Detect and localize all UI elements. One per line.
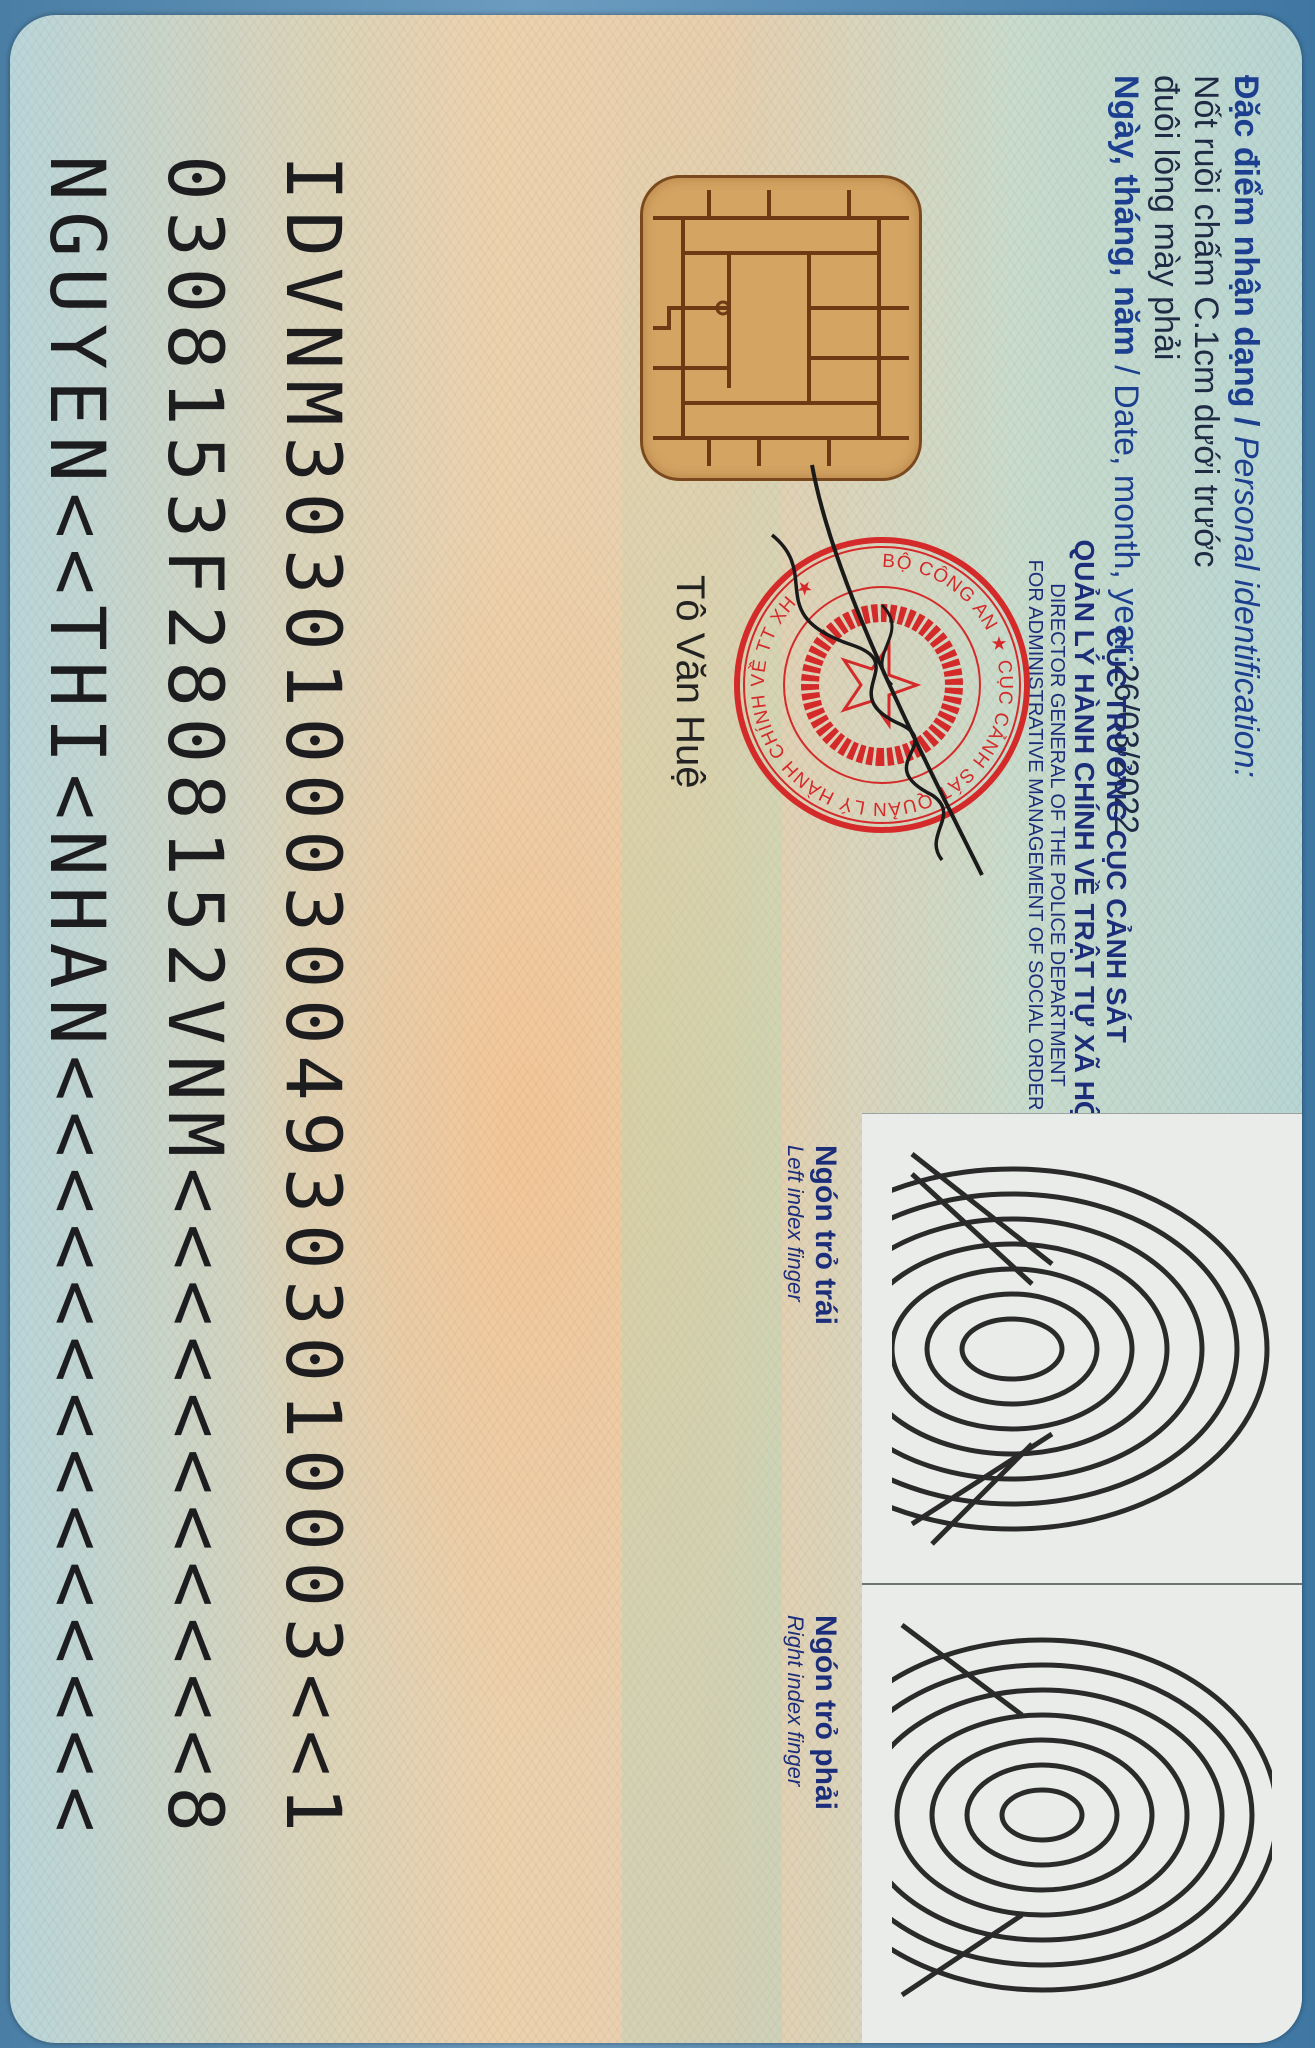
right-index-finger-label: Ngón trỏ phải Right index finger [782,1615,842,1810]
id-card-back: Đặc điểm nhận dạng / Personal identifica… [10,15,1302,2043]
signer-name: Tô Văn Huệ [667,575,712,788]
mrz-line-2: 0308153F2808152VNM<<<<<<<<<<<8 [136,155,254,1843]
machine-readable-zone: IDVNM3030100030049303010003<<1 0308153F2… [18,155,372,1843]
mrz-line-1: IDVNM3030100030049303010003<<1 [254,155,372,1843]
mrz-line-3: NGUYEN<<THI<NHAN<<<<<<<<<<<<<< [18,155,136,1843]
left-index-finger-label: Ngón trỏ trái Left index finger [782,1145,842,1325]
right-index-fingerprint [862,1583,1302,2043]
issuing-authority: CỤC TRƯỞNG CỤC CẢNH SÁT QUẢN LÝ HÀNH CHÍ… [1024,485,1132,1185]
smart-chip-icon [640,175,922,481]
identification-label: Đặc điểm nhận dạng / Personal identifica… [1226,75,1266,834]
signature [722,455,1022,895]
identification-line-1: Nốt ruồi chấm C.1cm dưới trước [1186,75,1226,834]
id-card-photo: Đặc điểm nhận dạng / Personal identifica… [10,15,1302,2043]
identification-line-2: đuôi lông mày phải [1146,75,1186,834]
left-index-fingerprint [862,1113,1302,1584]
